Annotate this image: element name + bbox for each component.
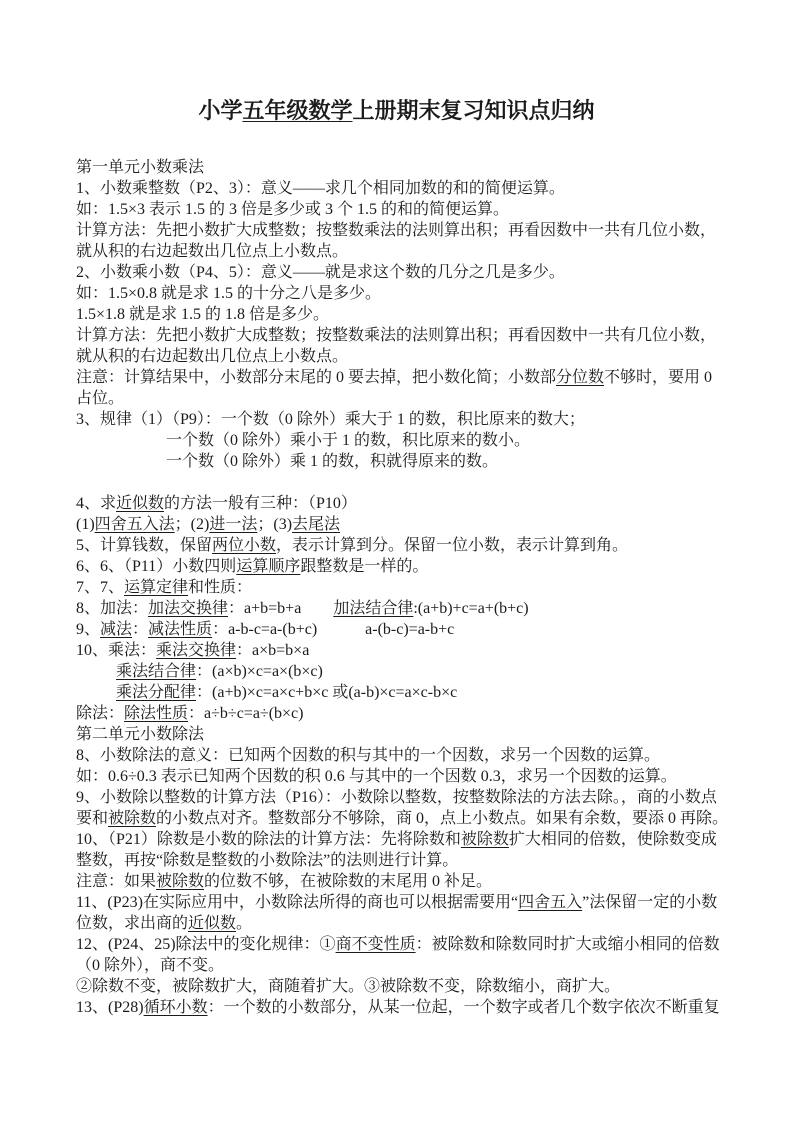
text-run: 3、规律（1）（P9）：一个数（0 除外）乘大于 1 的数，积比原来的数大； <box>76 411 585 428</box>
text-run: 8、加法： <box>76 600 148 617</box>
text-run: ；(3) <box>257 516 292 533</box>
text-line: 乘法结合律：(a×b)×c=a×(b×c) <box>76 661 726 682</box>
underlined-text: 商不变性质 <box>336 936 416 953</box>
text-line: 如：0.6÷0.3 表示已知两个因数的积 0.6 与其中的一个因数 0.3，求另… <box>76 766 726 787</box>
text-line: 3、规律（1）（P9）：一个数（0 除外）乘大于 1 的数，积比原来的数大； <box>76 409 726 430</box>
text-line: 计算方法：先把小数扩大成整数；按整数乘法的法则算出积；再看因数中一共有几位小数， <box>76 325 726 346</box>
text-run: 5、计算钱数，保留 <box>76 537 212 554</box>
text-run: ：a+b=b+a <box>228 600 333 617</box>
text-run: 12、(P24、25)除法中的变化规律：① <box>76 936 336 953</box>
text-run: 9、 <box>76 621 100 638</box>
underlined-text: 运算顺序 <box>236 558 300 575</box>
text-line: 第二单元小数除法 <box>76 724 726 745</box>
text-run: ，表示计算到分。保留一位小数，表示计算到角。 <box>276 537 628 554</box>
text-line: 第一单元小数乘法 <box>76 157 726 178</box>
text-run: 11、(P23)在实际应用中，小数除法所得的商也可以根据需要用“ <box>76 894 518 911</box>
text-line: 要和被除数的小数点对齐。整数部分不够除，商 0，点上小数点。如果有余数，要添 0… <box>76 808 726 829</box>
text-run: 一个数（0 除外）乘 1 的数，积就得原来的数。 <box>166 453 498 470</box>
text-run: 的位数不够，在被除数的末尾用 0 补足。 <box>204 873 492 890</box>
underlined-text: 去尾法 <box>292 516 340 533</box>
text-run: ：(a+b)×c=a×c+b×c 或(a-b)×c=a×c-b×c <box>196 684 457 701</box>
underlined-text: 加法交换律 <box>148 600 228 617</box>
underlined-text: 运算定律 <box>124 579 188 596</box>
text-run: 注意：如果 <box>76 873 156 890</box>
underlined-text: 乘法分配律 <box>116 684 196 701</box>
text-line: 13、(P28)循环小数：一个数的小数部分，从某一位起，一个数字或者几个数字依次… <box>76 997 726 1018</box>
text-line: 2、小数乘小数（P4、5）：意义——就是求这个数的几分之几是多少。 <box>76 262 726 283</box>
text-line: 11、(P23)在实际应用中，小数除法所得的商也可以根据需要用“四舍五入”法保留… <box>76 892 726 913</box>
text-run: 计算方法：先把小数扩大成整数；按整数乘法的法则算出积；再看因数中一共有几位小数， <box>76 222 716 239</box>
text-line: 计算方法：先把小数扩大成整数；按整数乘法的法则算出积；再看因数中一共有几位小数， <box>76 220 726 241</box>
text-run: ：被除数和除数同时扩大或缩小相同的倍数 <box>416 936 720 953</box>
text-run: 10、乘法： <box>76 642 156 659</box>
text-run: 2、小数乘小数（P4、5）：意义——就是求这个数的几分之几是多少。 <box>76 264 565 281</box>
text-run: 就从积的右边起数出几位点上小数点。 <box>76 243 348 260</box>
text-run: (1) <box>76 516 95 533</box>
text-line <box>76 472 726 493</box>
text-run: ”法保留一定的小数 <box>582 894 717 911</box>
text-line: 8、加法：加法交换律：a+b=b+a 加法结合律:(a+b)+c=a+(b+c) <box>76 598 726 619</box>
underlined-text: 减法性质 <box>148 621 212 638</box>
underlined-text: 进一法 <box>209 516 257 533</box>
text-run: ：a-b-c=a-(b+c) a-(b-c)=a-b+c <box>212 621 454 638</box>
text-run: 。 <box>236 915 252 932</box>
underlined-text: 循环小数 <box>144 999 208 1016</box>
text-run: ：a×b=b×a <box>236 642 309 659</box>
text-line: ②除数不变，被除数扩大，商随着扩大。③被除数不变，除数缩小，商扩大。 <box>76 976 726 997</box>
text-run: 位数，求出商的 <box>76 915 188 932</box>
underlined-text: 五年级数学 <box>242 98 352 123</box>
underlined-text: 分位数 <box>556 369 604 386</box>
text-run: 上册期末复习知识点归纳 <box>353 98 595 123</box>
text-line: 如：1.5×3 表示 1.5 的 3 倍是多少或 3 个 1.5 的和的简便运算… <box>76 199 726 220</box>
text-run: ②除数不变，被除数扩大，商随着扩大。③被除数不变，除数缩小，商扩大。 <box>76 978 620 995</box>
text-line: 一个数（0 除外）乘 1 的数，积就得原来的数。 <box>76 451 726 472</box>
text-run: 的方法一般有三种：（P10） <box>164 495 357 512</box>
text-run: 计算方法：先把小数扩大成整数；按整数乘法的法则算出积；再看因数中一共有几位小数， <box>76 327 716 344</box>
text-line: 4、求近似数的方法一般有三种：（P10） <box>76 493 726 514</box>
text-line: （0 除外），商不变。 <box>76 955 726 976</box>
text-line: 占位。 <box>76 388 726 409</box>
text-line: 7、7、运算定律和性质： <box>76 577 726 598</box>
text-line: 1.5×1.8 就是求 1.5 的 1.8 倍是多少。 <box>76 304 726 325</box>
text-line: (1)四舍五入法；(2)进一法；(3)去尾法 <box>76 514 726 535</box>
text-line: 乘法分配律：(a+b)×c=a×c+b×c 或(a-b)×c=a×c-b×c <box>76 682 726 703</box>
text-run: ：a÷b÷c=a÷(b×c) <box>188 705 303 722</box>
text-run: 10、（P21）除数是小数的除法的计算方法：先将除数和 <box>76 831 461 848</box>
text-run: 1.5×1.8 就是求 1.5 的 1.8 倍是多少。 <box>76 306 329 323</box>
document-page: 小学五年级数学上册期末复习知识点归纳 第一单元小数乘法1、小数乘整数（P2、3）… <box>0 0 793 1122</box>
text-line: 12、(P24、25)除法中的变化规律：①商不变性质：被除数和除数同时扩大或缩小… <box>76 934 726 955</box>
text-line: 10、乘法：乘法交换律：a×b=b×a <box>76 640 726 661</box>
text-run: 如：1.5×3 表示 1.5 的 3 倍是多少或 3 个 1.5 的和的简便运算… <box>76 201 509 218</box>
text-run: 不够时，要用 0 <box>604 369 712 386</box>
text-run: 1、小数乘整数（P2、3）：意义——求几个相同加数的和的简便运算。 <box>76 180 565 197</box>
underlined-text: 减法 <box>100 621 132 638</box>
underlined-text: 两位小数 <box>212 537 276 554</box>
underlined-text: 被除数 <box>461 831 509 848</box>
text-line: 就从积的右边起数出几位点上小数点。 <box>76 346 726 367</box>
underlined-text: 被除数 <box>156 873 204 890</box>
text-run: 第一单元小数乘法 <box>76 159 204 176</box>
text-run: 扩大相同的倍数，使除数变成 <box>509 831 717 848</box>
text-run: ：(a×b)×c=a×(b×c) <box>196 663 323 680</box>
text-line: 1、小数乘整数（P2、3）：意义——求几个相同加数的和的简便运算。 <box>76 178 726 199</box>
text-run: 和性质： <box>188 579 252 596</box>
text-run: 占位。 <box>76 390 124 407</box>
text-run: 如：1.5×0.8 就是求 1.5 的十分之八是多少。 <box>76 285 381 302</box>
underlined-text: 加法结合律 <box>333 600 413 617</box>
text-line: 整数，再按“除数是整数的小数除法”的法则进行计算。 <box>76 850 726 871</box>
text-run: 除法： <box>76 705 124 722</box>
text-line: 9、小数除以整数的计算方法（P16）：小数除以整数，按整数除法的方法去除。，商的… <box>76 787 726 808</box>
underlined-text: 乘法交换律 <box>156 642 236 659</box>
text-line: 如：1.5×0.8 就是求 1.5 的十分之八是多少。 <box>76 283 726 304</box>
text-run: 一个数（0 除外）乘小于 1 的数，积比原来的数小。 <box>166 432 530 449</box>
text-line: 就从积的右边起数出几位点上小数点。 <box>76 241 726 262</box>
text-run: ：一个数的小数部分，从某一位起，一个数字或者几个数字依次不断重复 <box>208 999 720 1016</box>
underlined-text: 乘法结合律 <box>116 663 196 680</box>
text-run: 13、(P28) <box>76 999 144 1016</box>
text-run: 4、求 <box>76 495 116 512</box>
text-line: 9、减法：减法性质：a-b-c=a-(b+c) a-(b-c)=a-b+c <box>76 619 726 640</box>
text-run: 小学 <box>198 98 242 123</box>
underlined-text: 近似数 <box>188 915 236 932</box>
underlined-text: 四舍五入 <box>518 894 582 911</box>
underlined-text: 四舍五入法 <box>95 516 175 533</box>
text-run: ： <box>132 621 148 638</box>
text-run: 8、小数除法的意义：已知两个因数的积与其中的一个因数，求另一个因数的运算。 <box>76 747 660 764</box>
text-run: 9、小数除以整数的计算方法（P16）：小数除以整数，按整数除法的方法去除。，商的… <box>76 789 717 806</box>
text-run: 6、6、（P11）小数四则 <box>76 558 236 575</box>
underlined-text: 近似数 <box>116 495 164 512</box>
text-run: 的小数点对齐。整数部分不够除，商 0，点上小数点。如果有余数，要添 0 再除。 <box>156 810 728 827</box>
text-run: 注意：计算结果中，小数部分末尾的 0 要去掉，把小数化简；小数部 <box>76 369 556 386</box>
text-run: 跟整数是一样的。 <box>300 558 428 575</box>
text-line: 注意：计算结果中，小数部分末尾的 0 要去掉，把小数化简；小数部分位数不够时，要… <box>76 367 726 388</box>
text-run: （0 除外），商不变。 <box>76 957 224 974</box>
text-line: 一个数（0 除外）乘小于 1 的数，积比原来的数小。 <box>76 430 726 451</box>
text-run: 要和 <box>76 810 108 827</box>
text-run: ；(2) <box>175 516 210 533</box>
underlined-text: 被除数 <box>108 810 156 827</box>
text-run: 如：0.6÷0.3 表示已知两个因数的积 0.6 与其中的一个因数 0.3，求另… <box>76 768 677 785</box>
text-line: 位数，求出商的近似数。 <box>76 913 726 934</box>
text-line: 8、小数除法的意义：已知两个因数的积与其中的一个因数，求另一个因数的运算。 <box>76 745 726 766</box>
text-run: 第二单元小数除法 <box>76 726 204 743</box>
text-run: 就从积的右边起数出几位点上小数点。 <box>76 348 348 365</box>
underlined-text: 除法性质 <box>124 705 188 722</box>
text-run: 整数，再按“除数是整数的小数除法”的法则进行计算。 <box>76 852 458 869</box>
page-title: 小学五年级数学上册期末复习知识点归纳 <box>0 96 793 126</box>
text-run: :(a+b)+c=a+(b+c) <box>413 600 528 617</box>
text-line: 10、（P21）除数是小数的除法的计算方法：先将除数和被除数扩大相同的倍数，使除… <box>76 829 726 850</box>
document-body: 第一单元小数乘法1、小数乘整数（P2、3）：意义——求几个相同加数的和的简便运算… <box>76 157 726 1018</box>
text-line: 6、6、（P11）小数四则运算顺序跟整数是一样的。 <box>76 556 726 577</box>
text-line: 除法：除法性质：a÷b÷c=a÷(b×c) <box>76 703 726 724</box>
text-line: 5、计算钱数，保留两位小数，表示计算到分。保留一位小数，表示计算到角。 <box>76 535 726 556</box>
text-line: 注意：如果被除数的位数不够，在被除数的末尾用 0 补足。 <box>76 871 726 892</box>
text-run: 7、7、 <box>76 579 124 596</box>
